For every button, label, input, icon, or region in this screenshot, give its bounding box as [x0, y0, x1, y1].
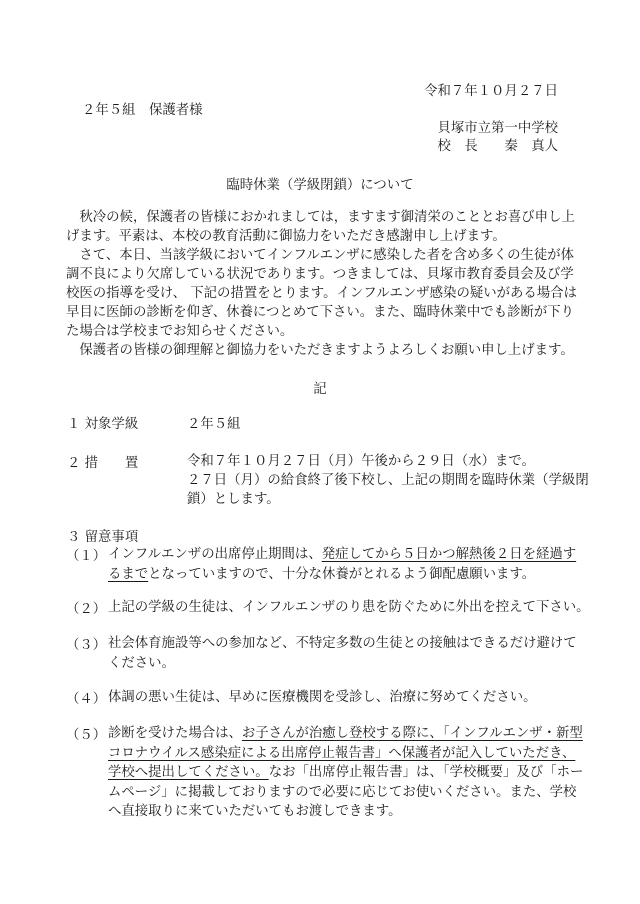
note-line: 社会体育施設等への参加など、不特定多数の生徒との接触はできるだけ避けて [108, 634, 577, 654]
note-text-part: インフルエンザの出席停止期間は、 [108, 547, 322, 562]
item-label: ２ 措 置 [67, 452, 138, 471]
body-line: 秋冷の候，保護者の皆様におかれましては，ますます御清栄のこととお喜び申し上 [66, 208, 575, 228]
notes-heading: ３ 留意事項 [67, 526, 138, 545]
note-line: 上記の学級の生徒は、インフルエンザのり患を防ぐために外出を控えて下さい。 [108, 598, 590, 618]
underlined-text: るまで [108, 567, 148, 582]
note-line: ください。 [108, 654, 577, 674]
note-number: （１） [66, 545, 106, 564]
measure-line: ２７日（月）の給食終了後下校し、上記の期間を臨時休業（学級閉 [187, 471, 589, 490]
item-value: 令和７年１０月２７日（月）午後から２９日（水）まで。 ２７日（月）の給食終了後下… [187, 452, 589, 509]
note-number: （２） [66, 598, 106, 617]
body-line: げます。平素は、本校の教育活動に御協力をいただき感謝申し上げます。 [66, 227, 506, 247]
note-text-part: 診断を受けた場合は、 [108, 726, 242, 741]
note-line: へ直接取りに来ていただいてもお渡しできます。 [108, 802, 583, 822]
document-page: 令和７年１０月２７日 ２年５組 保護者様 貝塚市立第一中学校 校 長 秦 真人 … [0, 0, 640, 904]
school-name: 貝塚市立第一中学校 [437, 117, 558, 136]
note-text: 社会体育施設等への参加など、不特定多数の生徒との接触はできるだけ避けて ください… [108, 634, 577, 673]
underlined-text: お子さんが治癒し登校する際に、「インフルエンザ・新型 [242, 726, 583, 741]
body-line: 校医の指導を受け、 下記の措置をとります。インフルエンザ感染の疑いがある場合は [66, 284, 577, 304]
note-text: 上記の学級の生徒は、インフルエンザのり患を防ぐために外出を控えて下さい。 [108, 598, 590, 618]
body-line: 保護者の皆様の御理解と御協力をいただきますようよろしくお願い申し上げます。 [66, 341, 574, 361]
body-line: た場合は学校までお知らせください。 [66, 322, 293, 342]
note-number: （５） [66, 724, 106, 743]
underlined-text: 学校へ提出してください。 [108, 765, 269, 780]
item-value: ２年５組 [187, 413, 241, 432]
principal-name: 校 長 秦 真人 [437, 135, 558, 154]
body-line: 早目に医師の診断を仰ぎ、休養につとめて下さい。また、臨時休業中でも診断が下り [66, 303, 574, 323]
underlined-text: コロナウイルス感染症による出席停止報告書」へ保護者が記入していただき、 [108, 746, 575, 761]
issue-date: 令和７年１０月２７日 [424, 80, 558, 99]
note-text-part: となっていますので、十分な休養がとれるよう御配慮願います。 [148, 567, 535, 582]
measure-line: 令和７年１０月２７日（月）午後から２９日（水）まで。 [187, 452, 589, 471]
underlined-text: 発症してから５日かつ解熱後２日を経過す [322, 547, 576, 562]
note-number: （３） [66, 634, 106, 653]
note-text: 診断を受けた場合は、お子さんが治癒し登校する際に、「インフルエンザ・新型 コロナ… [108, 724, 583, 822]
document-title: 臨時休業（学級閉鎖）について [0, 174, 640, 193]
note-text: インフルエンザの出席停止期間は、発症してから５日かつ解熱後２日を経過す るまでと… [108, 545, 576, 584]
item-measure: ２ 措 置 令和７年１０月２７日（月）午後から２９日（水）まで。 ２７日（月）の… [67, 452, 138, 471]
note-text-part: なお「出席停止報告書」は、「学校概要」及び「ホー [269, 765, 584, 780]
ki-heading: 記 [0, 378, 640, 397]
body-line: 調不良により欠席している状況であります。つきましては、貝塚市教育委員会及び学 [66, 265, 574, 285]
note-line: 体調の悪い生徒は、早めに医療機関を受診し、治療に努めてください。 [108, 688, 537, 708]
measure-line: 鎖）とします。 [187, 490, 589, 509]
body-line: さて、本日、当該学級においてインフルエンザに感染した者を含め多くの生徒が体 [66, 246, 574, 266]
note-number: （４） [66, 688, 106, 707]
item-label: １ 対象学級 [67, 413, 138, 432]
item-target-class: １ 対象学級 ２年５組 [67, 413, 138, 432]
note-text: 体調の悪い生徒は、早めに医療機関を受診し、治療に努めてください。 [108, 688, 537, 708]
note-line: ムページ」に掲載しておりますので必要に応じてお使いください。また、学校 [108, 783, 583, 803]
addressee: ２年５組 保護者様 [82, 99, 203, 118]
